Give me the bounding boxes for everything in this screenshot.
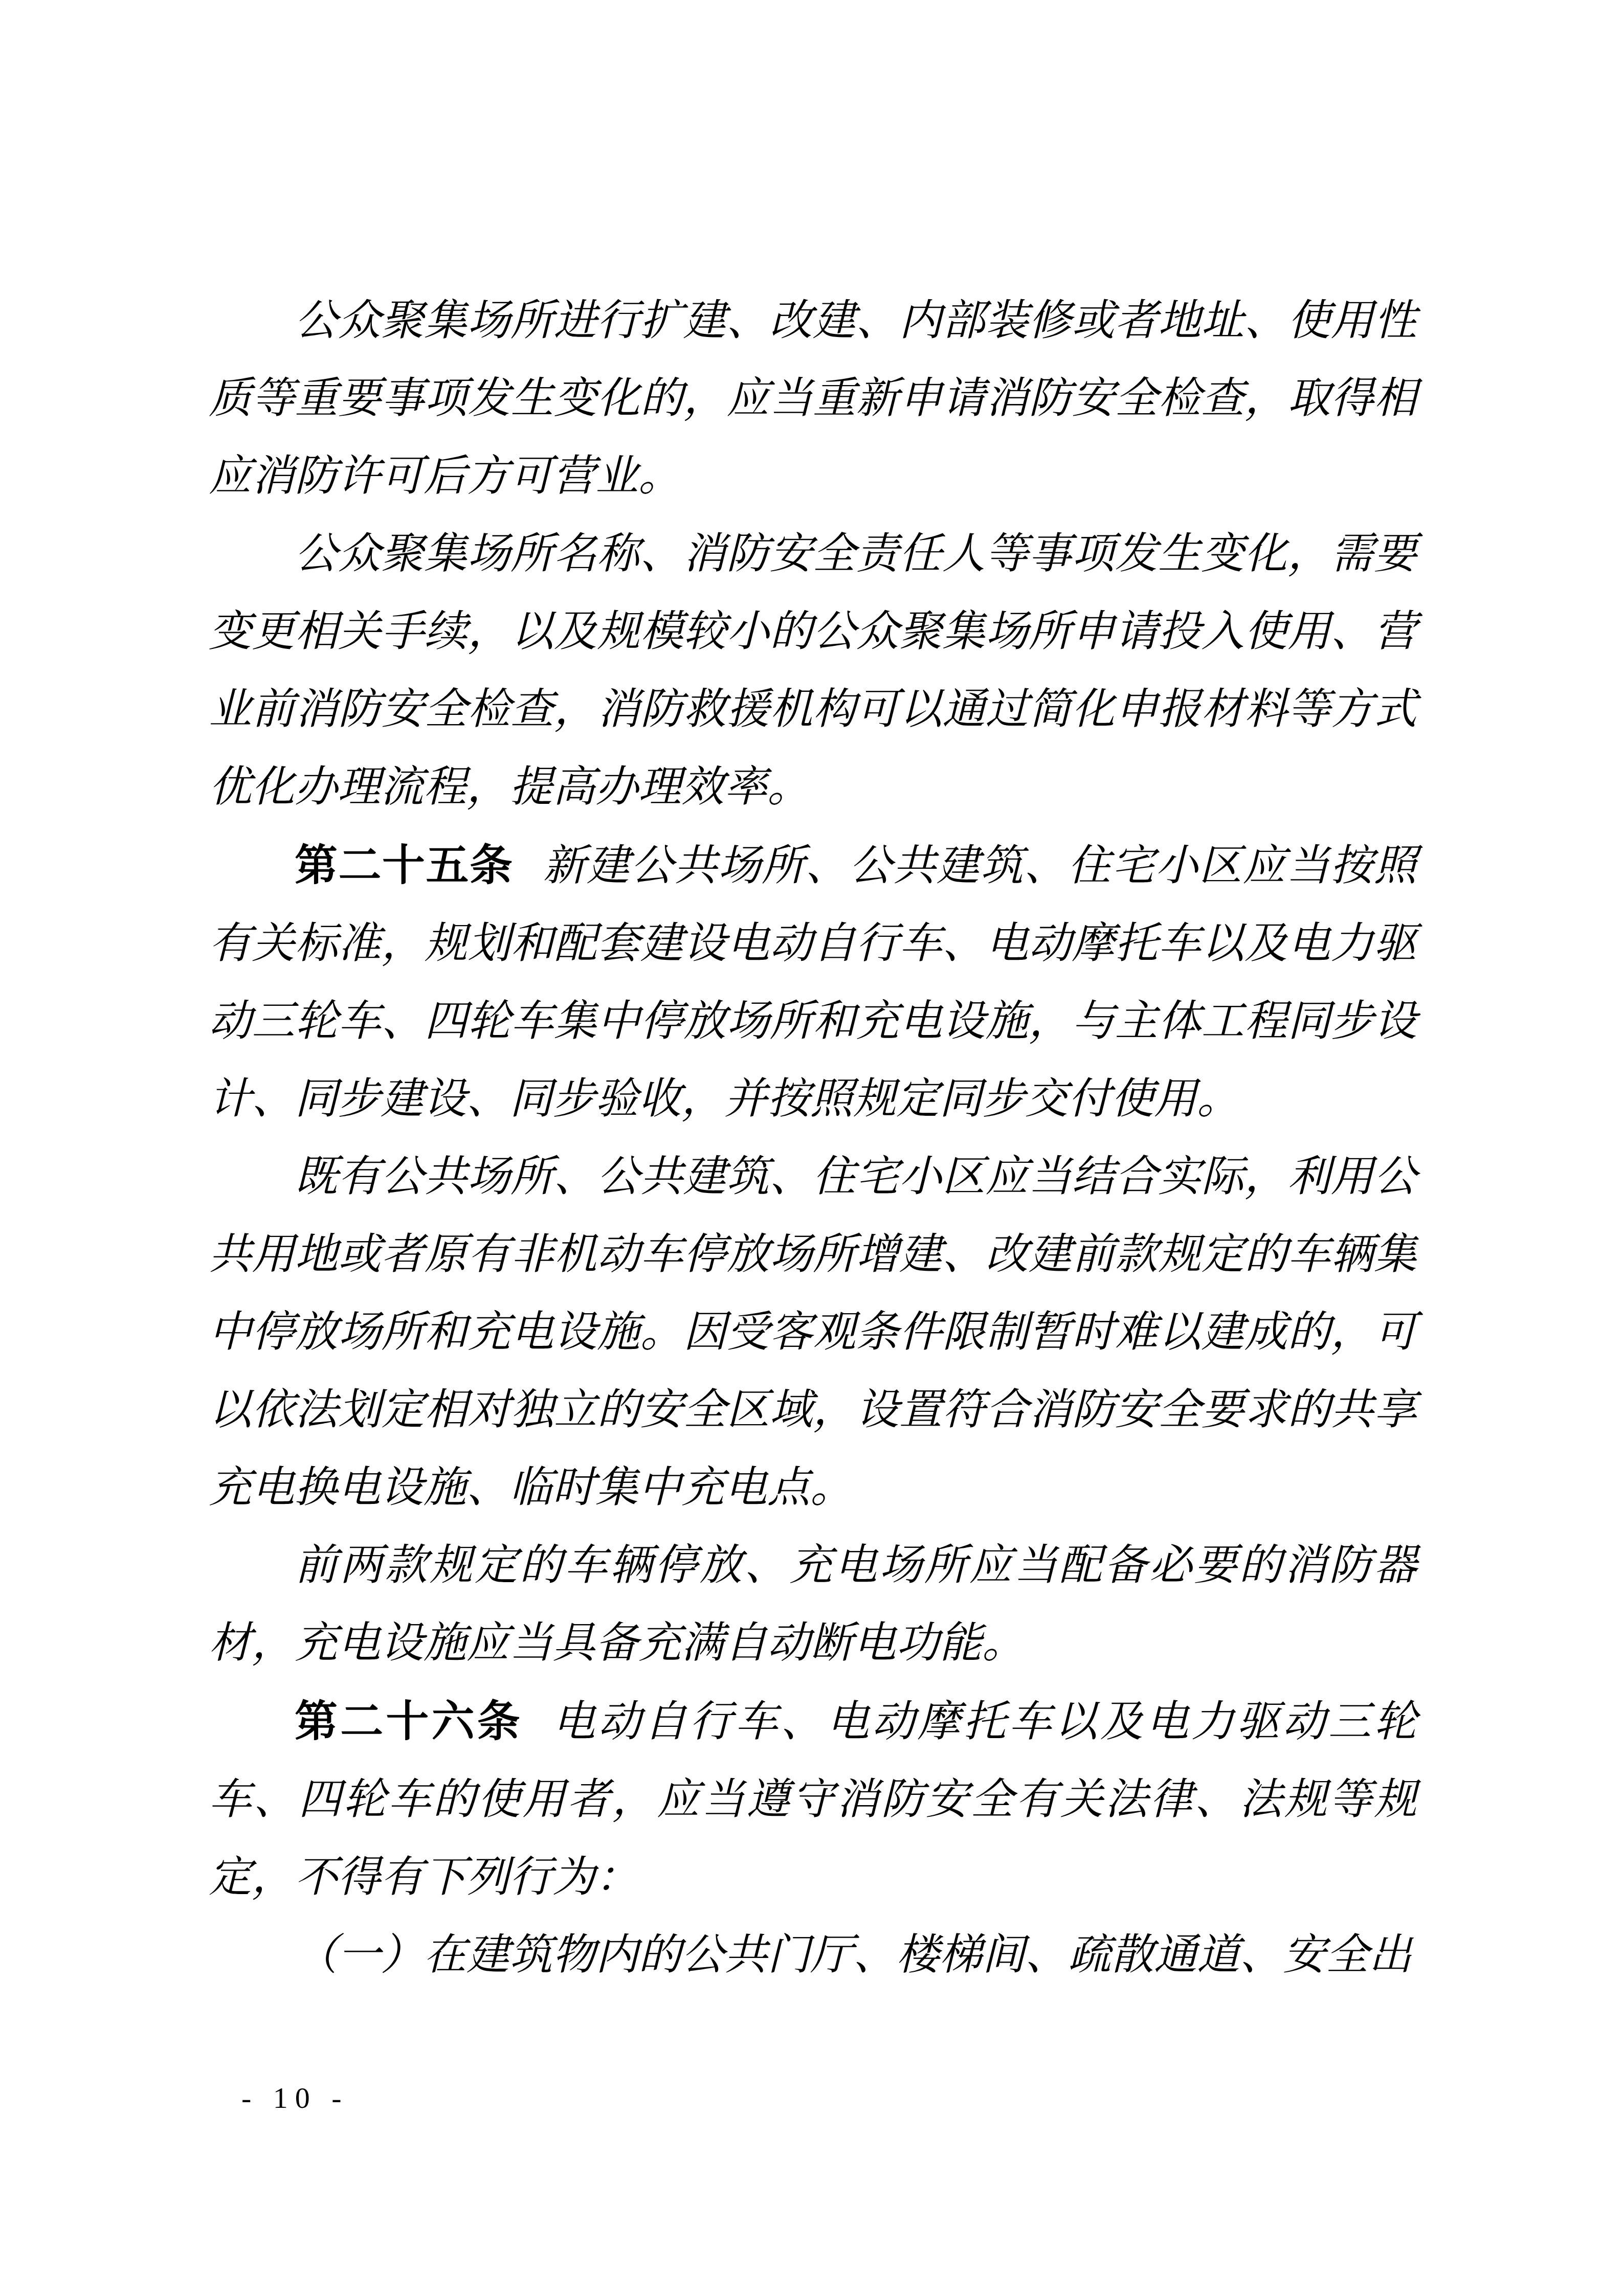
paragraph: 第二十六条电动自行车、电动摩托车以及电力驱动三轮车、四轮车的使用者，应当遵守消防… [209,1682,1417,1917]
paragraph-text: （一）在建筑物内的公共门厅、楼梯间、疏散通道、安全出 [295,1931,1412,1979]
paragraph: 既有公共场所、公共建筑、住宅小区应当结合实际，利用公共用地或者原有非机动车停放场… [209,1138,1417,1527]
paragraph-text: 前两款规定的车辆停放、充电场所应当配备必要的消防器材，充电设施应当具备充满自动断… [209,1542,1417,1667]
text-block: 公众聚集场所进行扩建、改建、内部装修或者地址、使用性质等重要事项发生变化的，应当… [209,282,1417,1994]
article-number-heading: 第二十五条 [295,841,514,889]
paragraph: 公众聚集场所名称、消防安全责任人等事项发生变化，需要变更相关手续，以及规模较小的… [209,515,1417,826]
paragraph: 前两款规定的车辆停放、充电场所应当配备必要的消防器材，充电设施应当具备充满自动断… [209,1527,1417,1682]
paragraph: （一）在建筑物内的公共门厅、楼梯间、疏散通道、安全出 [209,1917,1417,1994]
document-page: 公众聚集场所进行扩建、改建、内部装修或者地址、使用性质等重要事项发生变化的，应当… [0,0,1624,2296]
article-number-heading: 第二十六条 [295,1697,523,1745]
paragraph: 第二十五条新建公共场所、公共建筑、住宅小区应当按照有关标准，规划和配套建设电动自… [209,826,1417,1138]
paragraph: 公众聚集场所进行扩建、改建、内部装修或者地址、使用性质等重要事项发生变化的，应当… [209,282,1417,515]
paragraph-text: 公众聚集场所进行扩建、改建、内部装修或者地址、使用性质等重要事项发生变化的，应当… [209,297,1417,500]
page-number: - 10 - [241,2080,349,2116]
paragraph-text: 公众聚集场所名称、消防安全责任人等事项发生变化，需要变更相关手续，以及规模较小的… [209,530,1417,811]
paragraph-text: 既有公共场所、公共建筑、住宅小区应当结合实际，利用公共用地或者原有非机动车停放场… [209,1153,1417,1512]
